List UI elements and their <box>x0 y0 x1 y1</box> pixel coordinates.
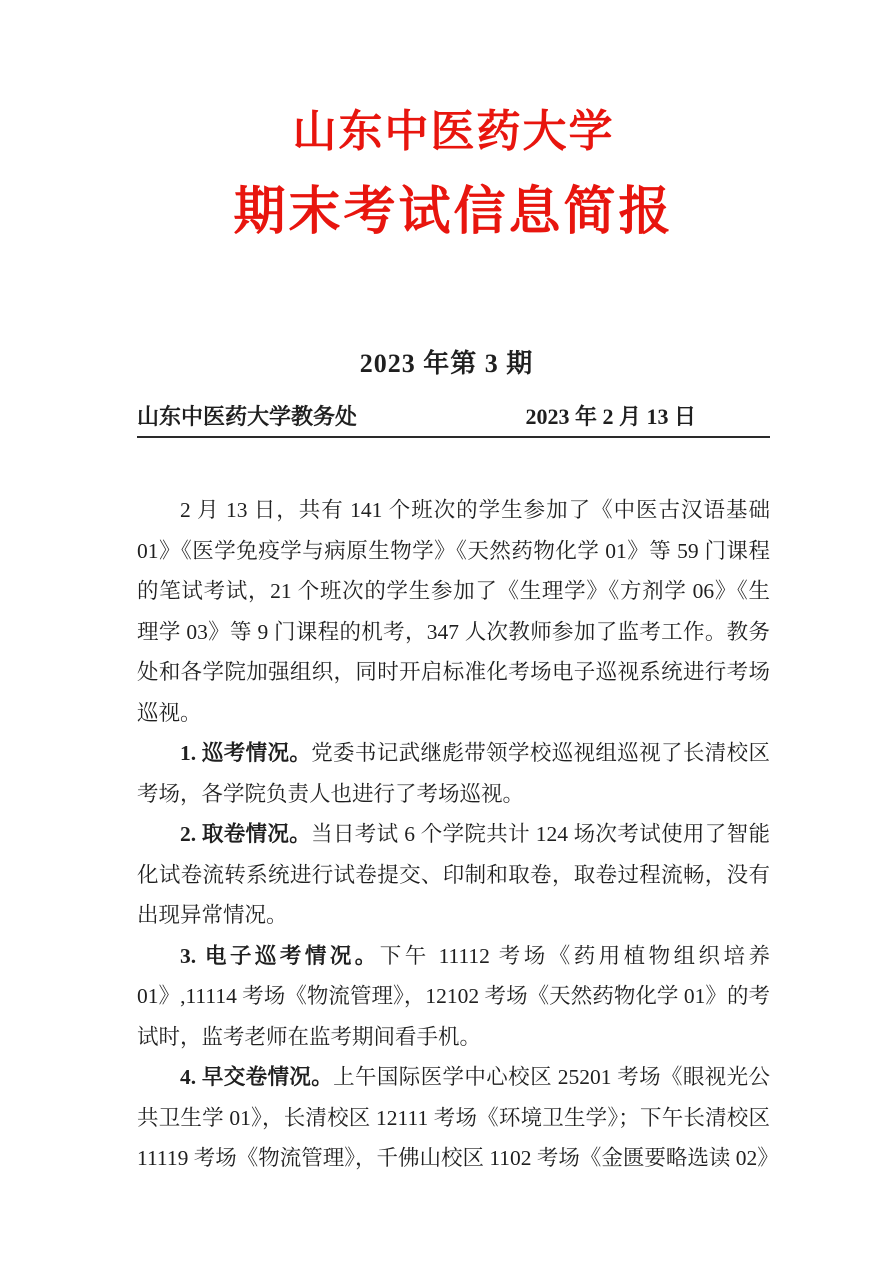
document-page: 山东中医药大学 期末考试信息简报 2023 年第 3 期 山东中医药大学教务处 … <box>0 0 893 1263</box>
paragraph-text: 2 月 13 日，共有 141 个班次的学生参加了《中医古汉语基础 01》《医学… <box>137 498 770 725</box>
paragraph-lead: 4. 早交卷情况。 <box>180 1065 333 1089</box>
bulletin-title: 期末考试信息简报 <box>137 182 770 244</box>
issuer-name: 山东中医药大学教务处 <box>137 404 357 430</box>
header-divider <box>137 436 770 438</box>
paragraph-overview: 2 月 13 日，共有 141 个班次的学生参加了《中医古汉语基础 01》《医学… <box>137 490 770 733</box>
paragraph-patrol: 1. 巡考情况。党委书记武继彪带领学校巡视组巡视了长清校区考场，各学院负责人也进… <box>137 733 770 814</box>
university-title: 山东中医药大学 <box>137 106 770 158</box>
document-header: 山东中医药大学 期末考试信息简报 <box>137 0 770 244</box>
issue-date: 2023 年 2 月 13 日 <box>525 404 770 430</box>
paragraph-e-monitoring: 3. 电子巡考情况。下午 11112 考场《药用植物组织培养 01》,11114… <box>137 936 770 1058</box>
issuer-row: 山东中医药大学教务处 2023 年 2 月 13 日 <box>137 404 770 430</box>
paragraph-lead: 1. 巡考情况。 <box>180 741 311 765</box>
paragraph-paper-pickup: 2. 取卷情况。当日考试 6 个学院共计 124 场次考试使用了智能化试卷流转系… <box>137 814 770 936</box>
issue-number: 2023 年第 3 期 <box>0 348 893 380</box>
paragraph-early-submission: 4. 早交卷情况。上午国际医学中心校区 25201 考场《眼视光公共卫生学 01… <box>137 1057 770 1179</box>
paragraph-lead: 2. 取卷情况。 <box>180 822 311 846</box>
document-body: 2 月 13 日，共有 141 个班次的学生参加了《中医古汉语基础 01》《医学… <box>137 490 770 1179</box>
paragraph-lead: 3. 电子巡考情况。 <box>180 944 380 968</box>
